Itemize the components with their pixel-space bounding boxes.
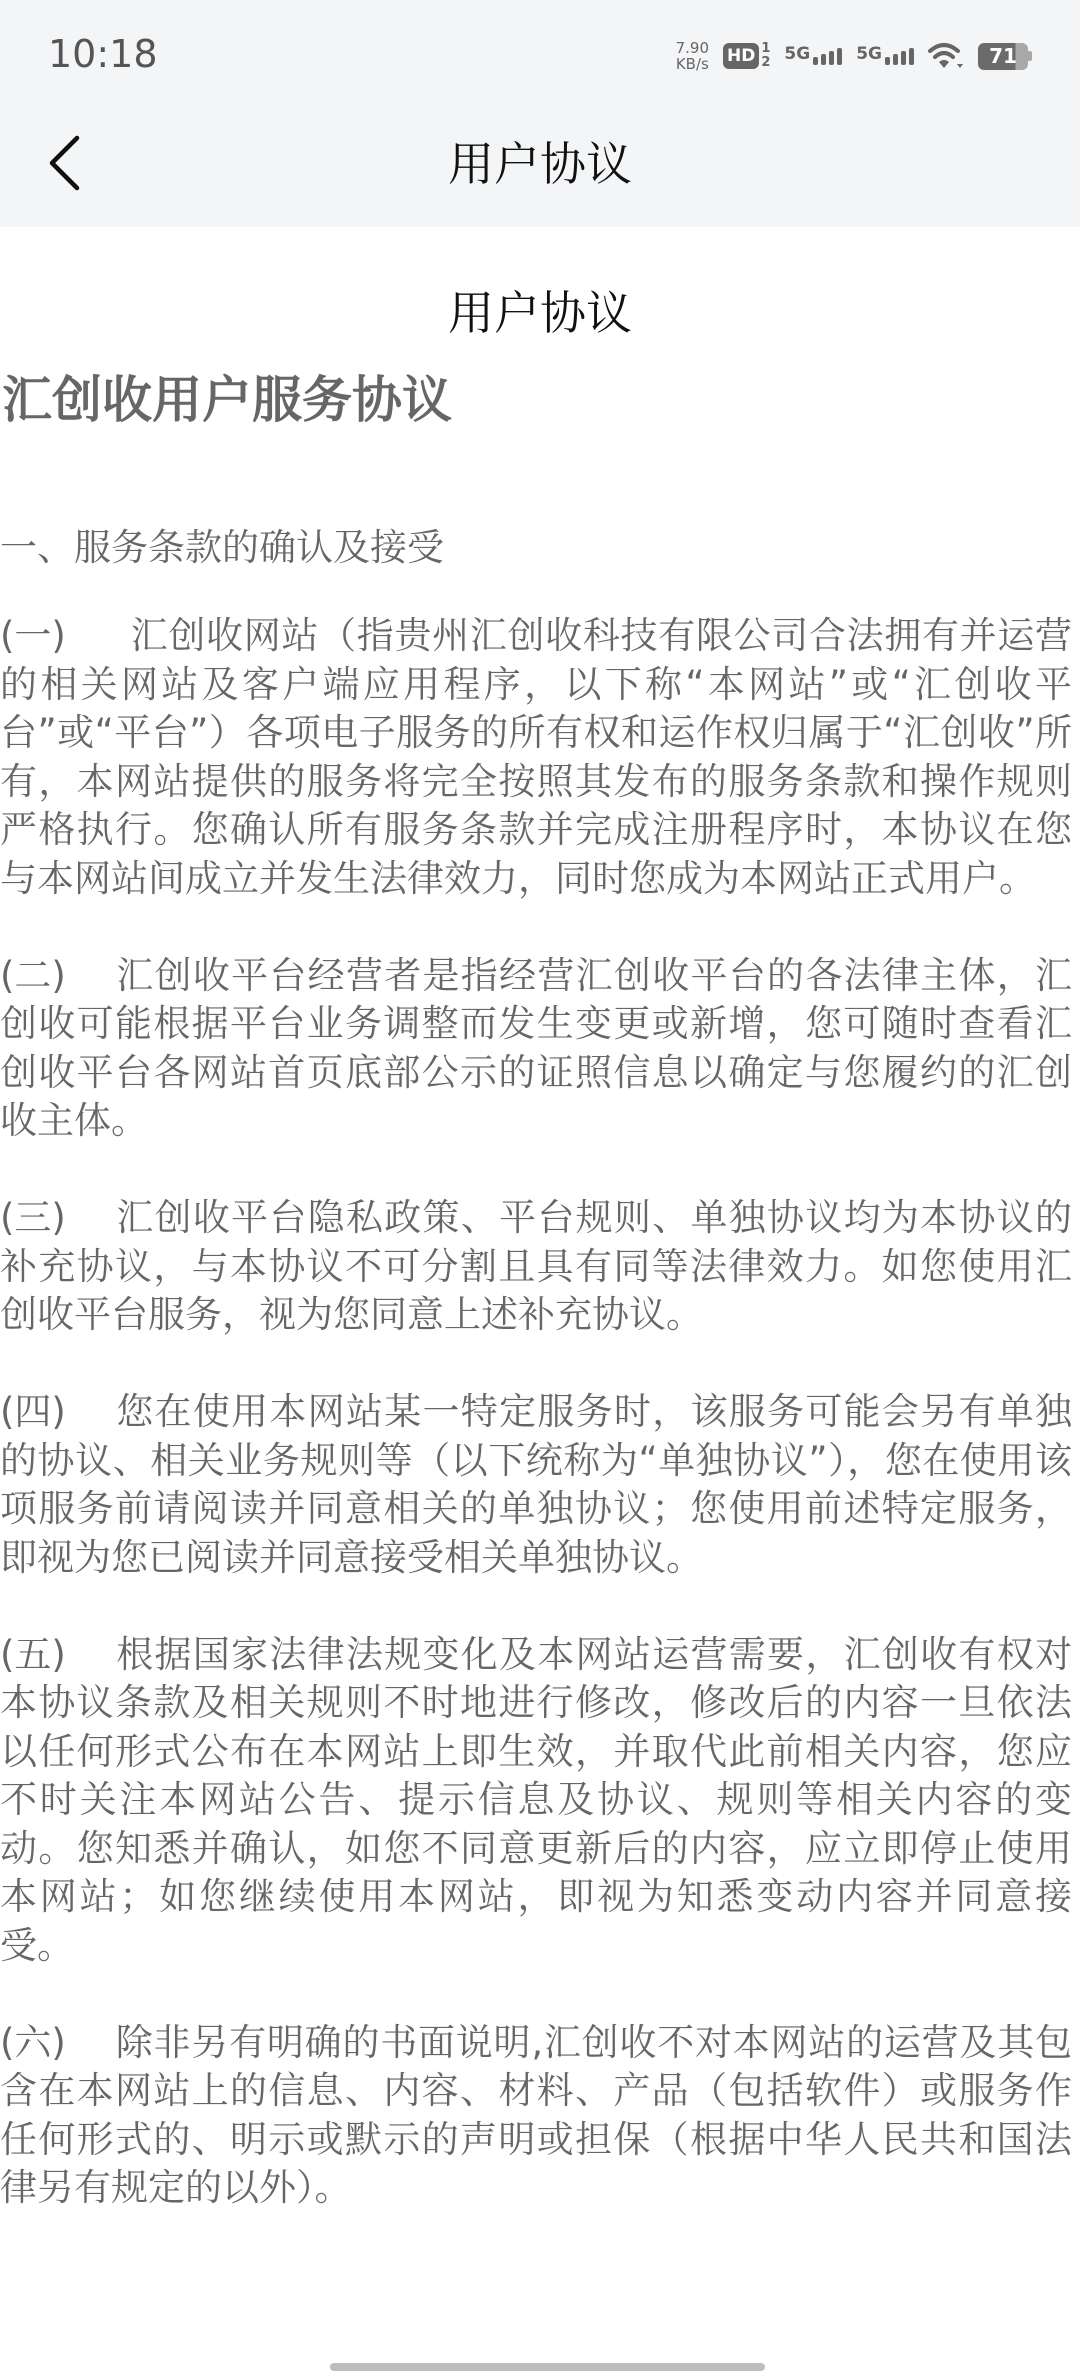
page-title: 用户协议 bbox=[0, 128, 1080, 194]
signal-bar bbox=[813, 57, 818, 65]
battery-icon: 71 bbox=[978, 43, 1032, 70]
paragraph: (三)汇创收平台隐私政策、平台规则、单独协议均为本协议的补充协议，与本协议不可分… bbox=[0, 1194, 1072, 1340]
signal-bar bbox=[893, 54, 898, 65]
paragraph-number: (三) bbox=[0, 1194, 115, 1243]
paragraph-number: (二) bbox=[0, 952, 115, 1001]
wifi-icon bbox=[928, 41, 964, 71]
battery-tip bbox=[1028, 51, 1032, 61]
hd-voice-icon: HD 1 2 bbox=[723, 42, 770, 70]
document-heading: 汇创收用户服务协议 bbox=[2, 360, 452, 432]
paragraph-number: (五) bbox=[0, 1631, 115, 1680]
hd-sub-2: 2 bbox=[761, 56, 770, 70]
battery-level: 71 bbox=[978, 43, 1028, 70]
net-speed-unit: KB/s bbox=[676, 56, 709, 72]
paragraph: (四)您在使用本网站某一特定服务时，该服务可能会另有单独的协议、相关业务规则等（… bbox=[0, 1388, 1072, 1582]
signal-bar bbox=[885, 57, 890, 65]
paragraph-number: (四) bbox=[0, 1388, 115, 1437]
status-time: 10:18 bbox=[48, 32, 158, 76]
signal-bar bbox=[909, 48, 914, 65]
section-heading: 一、服务条款的确认及接受 bbox=[0, 517, 444, 571]
hd-sim-indices: 1 2 bbox=[761, 42, 770, 70]
signal-bar bbox=[837, 48, 842, 65]
paragraph: (五)根据国家法律法规变化及本网站运营需要，汇创收有权对本协议条款及相关规则不时… bbox=[0, 1631, 1072, 1971]
paragraph: (一)汇创收网站（指贵州汇创收科技有限公司合法拥有并运营的相关网站及客户端应用程… bbox=[0, 612, 1072, 903]
signal-sim2-icon: 5G bbox=[856, 48, 914, 65]
paragraph-text: 汇创收网站（指贵州汇创收科技有限公司合法拥有并运营的相关网站及客户端应用程序，以… bbox=[0, 614, 1072, 900]
home-indicator[interactable] bbox=[330, 2363, 765, 2371]
paragraph-text: 汇创收平台隐私政策、平台规则、单独协议均为本协议的补充协议，与本协议不可分割且具… bbox=[0, 1196, 1072, 1336]
signal-bar bbox=[821, 54, 826, 65]
signal-bar bbox=[901, 51, 906, 65]
sim1-network-type: 5G bbox=[784, 44, 810, 64]
hd-sub-1: 1 bbox=[761, 42, 770, 56]
paragraph-number: (一) bbox=[0, 612, 130, 661]
document-title: 用户协议 bbox=[0, 277, 1080, 343]
paragraph: (二)汇创收平台经营者是指经营汇创收平台的各法律主体，汇创收可能根据平台业务调整… bbox=[0, 952, 1072, 1146]
sim2-network-type: 5G bbox=[856, 44, 882, 64]
hd-label: HD bbox=[723, 43, 759, 69]
paragraph: (六)除非另有明确的书面说明,汇创收不对本网站的运营及其包含在本网站上的信息、内… bbox=[0, 2019, 1072, 2213]
status-icons: 7.90 KB/s HD 1 2 5G 5G bbox=[676, 36, 1032, 76]
network-speed: 7.90 KB/s bbox=[676, 40, 709, 72]
paragraph-text: 除非另有明确的书面说明,汇创收不对本网站的运营及其包含在本网站上的信息、内容、材… bbox=[0, 2021, 1072, 2210]
signal-bar bbox=[829, 51, 834, 65]
paragraph-text: 根据国家法律法规变化及本网站运营需要，汇创收有权对本协议条款及相关规则不时地进行… bbox=[0, 1633, 1072, 1967]
signal-sim1-icon: 5G bbox=[784, 48, 842, 65]
paragraph-number: (六) bbox=[0, 2019, 115, 2068]
paragraph-text: 您在使用本网站某一特定服务时，该服务可能会另有单独的协议、相关业务规则等（以下统… bbox=[0, 1390, 1072, 1579]
net-speed-value: 7.90 bbox=[676, 40, 709, 56]
top-bar: 10:18 7.90 KB/s HD 1 2 5G 5G bbox=[0, 0, 1080, 227]
paragraph-text: 汇创收平台经营者是指经营汇创收平台的各法律主体，汇创收可能根据平台业务调整而发生… bbox=[0, 954, 1072, 1143]
paragraph-list: (一)汇创收网站（指贵州汇创收科技有限公司合法拥有并运营的相关网站及客户端应用程… bbox=[0, 612, 1072, 2261]
